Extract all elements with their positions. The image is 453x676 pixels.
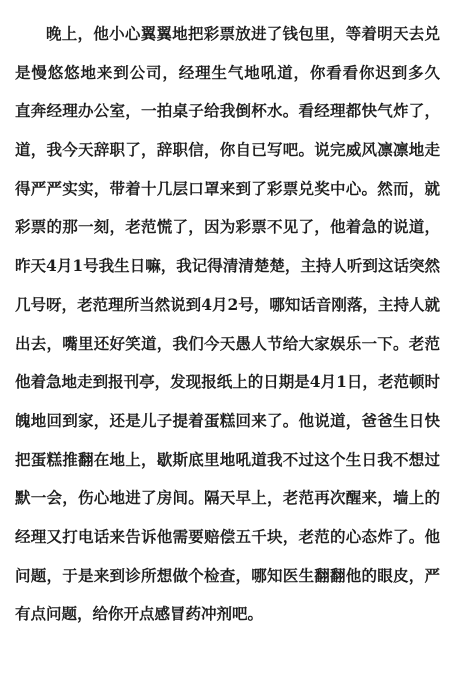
document-page: 晚上，他小心翼翼地把彩票放进了钱包里，等着明天去兑奖。第二天老范先 是慢悠悠地来… [0,0,453,676]
text-line: 把蛋糕推翻在地上，歇斯底里地吼道我不过这个生日我不想过这个生日。儿子沉 [15,441,440,480]
text-line: 他着急地走到报刊亭，发现报纸上的日期是4月1日，老范顿时懵了。他失魂落 [15,363,440,402]
text-line: 默一会，伤心地进了房间。隔天早上，老范再次醒来，墙上的日历写着31号， [15,479,440,518]
text-line: 经理又打电话来告诉他需要赔偿五千块，老范的心态炸了。他怀疑他的精神出了 [15,518,440,557]
text-line: 几号呀，老范理所当然说到4月2号，哪知话音刚落，主持人就让保安把他叉了 [15,286,440,325]
text-line: 出去，嘴里还好笑道，我们今天愚人节给大家娱乐一下。老范这才意识到不对劲。 [15,325,440,364]
text-line: 彩票的那一刻，老范慌了，因为彩票不见了，他着急的说道，我明明放钱包里了。 [15,208,440,247]
text-line: 得严严实实，带着十几层口罩来到了彩票兑奖中心。然而，就在主持人让他拿出 [15,170,440,209]
text-line: 是慢悠悠地来到公司，经理生气地吼道，你看看你迟到多久了。老范不屑一顾， [15,54,440,93]
text-line: 昨天4月1号我生日嘛，我记得清清楚楚，主持人听到这话突然反问道，那今天 [15,247,440,286]
text-line: 魄地回到家，还是儿子提着蛋糕回来了。他说道，爸爸生日快乐，老范却生气地 [15,402,440,441]
text-line: 道，我今天辞职了，辞职信，你自已写吧。说完威风凛凛地走了出去。随后他裹 [15,131,440,170]
text-line: 直奔经理办公室，一拍桌子给我倒杯水。看经理都快气炸了，他又目中无人地说 [15,92,440,131]
story-paragraph: 晚上，他小心翼翼地把彩票放进了钱包里，等着明天去兑奖。第二天老范先 是慢悠悠地来… [15,15,440,634]
text-line: 有点问题，给你开点感冒药冲剂吧。 [15,595,440,634]
text-line: 问题，于是来到诊所想做个检查，哪知医生翻翻他的眼皮，严肃的说道你前列腺 [15,557,440,596]
text-line: 晚上，他小心翼翼地把彩票放进了钱包里，等着明天去兑奖。第二天老范先 [15,15,440,54]
